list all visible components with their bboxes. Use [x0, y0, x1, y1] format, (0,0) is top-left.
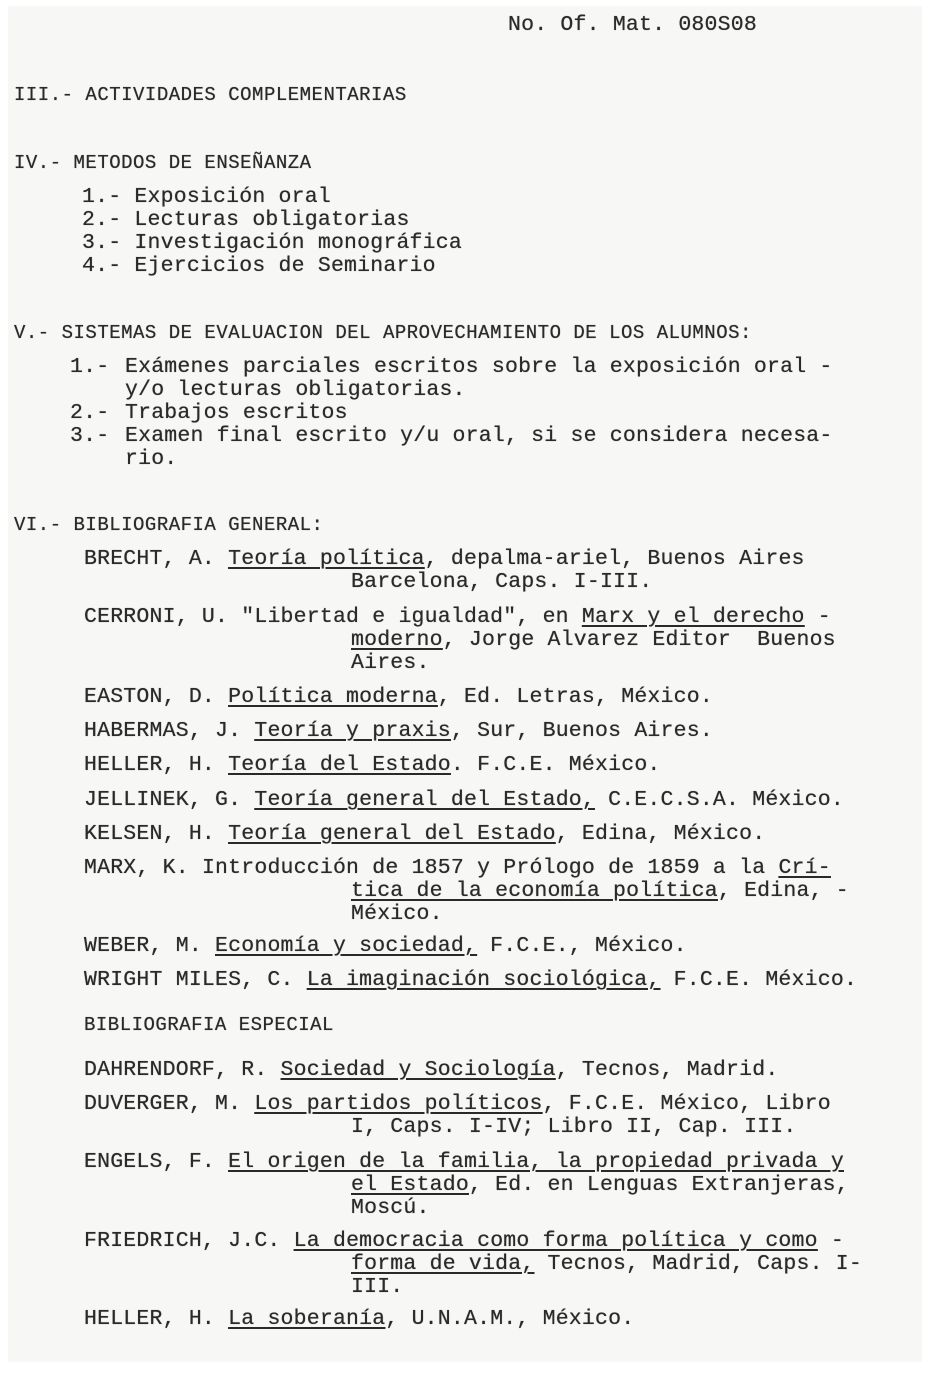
entry-title: La imaginación sociológica,: [307, 968, 661, 992]
bibliography-entry: JELLINEK, G. Teoría general del Estado, …: [84, 789, 844, 812]
bibliography-entry: HABERMAS, J. Teoría y praxis, Sur, Bueno…: [84, 720, 713, 743]
special-bibliography-heading: BIBLIOGRAFIA ESPECIAL: [84, 1014, 334, 1037]
bibliography-entry: FRIEDRICH, J.C. La democracia como forma…: [84, 1230, 844, 1253]
document-reference-number: No. Of. Mat. 080S08: [508, 14, 757, 37]
bibliography-entry: WEBER, M. Economía y sociedad, F.C.E., M…: [84, 935, 687, 958]
teaching-method-item: 3.- Investigación monográfica: [82, 232, 462, 255]
entry-title: Teoría política: [228, 547, 425, 571]
evaluation-item-number: 2.-: [70, 402, 109, 425]
entry-author: HELLER, H.: [84, 1307, 215, 1331]
bibliography-entry-continuation: Barcelona, Caps. I-III.: [351, 571, 652, 594]
bibliography-entry-continuation: el Estado, Ed. en Lenguas Extranjeras,: [351, 1174, 849, 1197]
evaluation-item-text: Examen final escrito y/u oral, si se con…: [125, 425, 833, 448]
bibliography-entry-continuation: III.: [351, 1276, 403, 1299]
entry-title: El origen de la familia, la propiedad pr…: [228, 1150, 844, 1174]
entry-title: Economía y sociedad,: [215, 934, 477, 958]
teaching-method-item: 4.- Ejercicios de Seminario: [82, 255, 436, 278]
bibliography-entry: DUVERGER, M. Los partidos políticos, F.C…: [84, 1093, 831, 1116]
entry-details: , depalma-ariel, Buenos Aires: [425, 547, 805, 571]
entry-details: , Ed. Letras, México.: [438, 685, 713, 709]
entry-author: DAHRENDORF, R.: [84, 1058, 267, 1082]
entry-details: , Jorge Alvarez Editor Buenos: [443, 628, 836, 652]
entry-title-continued: tica de la economía política: [351, 879, 718, 903]
bibliography-entry-continuation: forma de vida, Tecnos, Madrid, Caps. I-: [351, 1253, 862, 1276]
evaluation-item-text: Trabajos escritos: [125, 402, 348, 425]
entry-prefix: "Libertad e igualdad", en: [241, 605, 582, 629]
entry-title: Teoría general del Estado: [228, 822, 556, 846]
evaluation-item-number: 1.-: [70, 356, 109, 379]
teaching-method-item: 1.- Exposición oral: [82, 186, 331, 209]
entry-title-continued: el Estado: [351, 1173, 469, 1197]
bibliography-entry-continuation: tica de la economía política, Edina, -: [351, 880, 849, 903]
entry-author: MARX, K.: [84, 856, 189, 880]
entry-author: DUVERGER, M.: [84, 1092, 241, 1116]
entry-details: F.C.E. México.: [661, 968, 858, 992]
section-iv-heading: IV.- METODOS DE ENSEÑANZA: [14, 152, 312, 175]
entry-title: La democracia como forma política y como: [294, 1229, 818, 1253]
entry-author: HELLER, H.: [84, 753, 215, 777]
entry-details: , Ed. en Lenguas Extranjeras,: [469, 1173, 849, 1197]
entry-author: ENGELS, F.: [84, 1150, 215, 1174]
entry-details: . F.C.E. México.: [451, 753, 661, 777]
entry-prefix: Introducción de 1857 y Prólogo de 1859 a…: [202, 856, 779, 880]
entry-title: Política moderna: [228, 685, 438, 709]
entry-author: EASTON, D.: [84, 685, 215, 709]
entry-details: -: [818, 1229, 844, 1253]
bibliography-entry-continuation: moderno, Jorge Alvarez Editor Buenos: [351, 629, 836, 652]
entry-title-continued: forma de vida,: [351, 1252, 534, 1276]
entry-details: , Edina, -: [718, 879, 849, 903]
entry-author: CERRONI, U.: [84, 605, 228, 629]
entry-title-continued: moderno: [351, 628, 443, 652]
bibliography-entry: HELLER, H. Teoría del Estado. F.C.E. Méx…: [84, 754, 661, 777]
entry-details: , Tecnos, Madrid.: [556, 1058, 779, 1082]
entry-author: BRECHT, A.: [84, 547, 215, 571]
bibliography-entry: ENGELS, F. El origen de la familia, la p…: [84, 1151, 844, 1174]
bibliography-entry-continuation: México.: [351, 903, 443, 926]
entry-title: Teoría del Estado: [228, 753, 451, 777]
evaluation-item-text: y/o lecturas obligatorias.: [125, 379, 466, 402]
bibliography-entry: MARX, K. Introducción de 1857 y Prólogo …: [84, 857, 831, 880]
entry-author: FRIEDRICH, J.C.: [84, 1229, 281, 1253]
entry-author: KELSEN, H.: [84, 822, 215, 846]
teaching-method-item: 2.- Lecturas obligatorias: [82, 209, 410, 232]
entry-author: HABERMAS, J.: [84, 719, 241, 743]
section-v-heading: V.- SISTEMAS DE EVALUACION DEL APROVECHA…: [14, 322, 752, 345]
entry-details: -: [805, 605, 831, 629]
entry-title: Teoría general del Estado,: [254, 788, 595, 812]
entry-title: Sociedad y Sociología: [281, 1058, 556, 1082]
section-vi-heading: VI.- BIBLIOGRAFIA GENERAL:: [14, 514, 323, 537]
entry-details: F.C.E., México.: [477, 934, 687, 958]
entry-details: , Edina, México.: [556, 822, 766, 846]
bibliography-entry: CERRONI, U. "Libertad e igualdad", en Ma…: [84, 606, 831, 629]
bibliography-entry: EASTON, D. Política moderna, Ed. Letras,…: [84, 686, 713, 709]
bibliography-entry: KELSEN, H. Teoría general del Estado, Ed…: [84, 823, 765, 846]
evaluation-item-text: rio.: [125, 448, 177, 471]
evaluation-item-text: Exámenes parciales escritos sobre la exp…: [125, 356, 833, 379]
bibliography-entry-continuation: Moscú.: [351, 1197, 430, 1220]
entry-details: Tecnos, Madrid, Caps. I-: [534, 1252, 862, 1276]
entry-details: , U.N.A.M., México.: [385, 1307, 634, 1331]
bibliography-entry: WRIGHT MILES, C. La imaginación sociológ…: [84, 969, 857, 992]
bibliography-entry-continuation: Aires.: [351, 652, 430, 675]
entry-title: Los partidos políticos: [254, 1092, 542, 1116]
bibliography-entry: DAHRENDORF, R. Sociedad y Sociología, Te…: [84, 1059, 778, 1082]
entry-title: La soberanía: [228, 1307, 385, 1331]
bibliography-entry: BRECHT, A. Teoría política, depalma-arie…: [84, 548, 805, 571]
entry-details: , F.C.E. México, Libro: [543, 1092, 831, 1116]
entry-details: , Sur, Buenos Aires.: [451, 719, 713, 743]
section-iii-heading: III.- ACTIVIDADES COMPLEMENTARIAS: [14, 84, 407, 107]
entry-title: Teoría y praxis: [254, 719, 451, 743]
document-page: No. Of. Mat. 080S08 III.- ACTIVIDADES CO…: [8, 6, 922, 1362]
entry-author: WRIGHT MILES, C.: [84, 968, 294, 992]
bibliography-entry-continuation: I, Caps. I-IV; Libro II, Cap. III.: [351, 1116, 796, 1139]
entry-author: JELLINEK, G.: [84, 788, 241, 812]
bibliography-entry: HELLER, H. La soberanía, U.N.A.M., Méxic…: [84, 1308, 634, 1331]
entry-title: Marx y el derecho: [582, 605, 805, 629]
entry-details: C.E.C.S.A. México.: [595, 788, 844, 812]
entry-author: WEBER, M.: [84, 934, 202, 958]
evaluation-item-number: 3.-: [70, 425, 109, 448]
entry-title: Crí-: [778, 856, 830, 880]
